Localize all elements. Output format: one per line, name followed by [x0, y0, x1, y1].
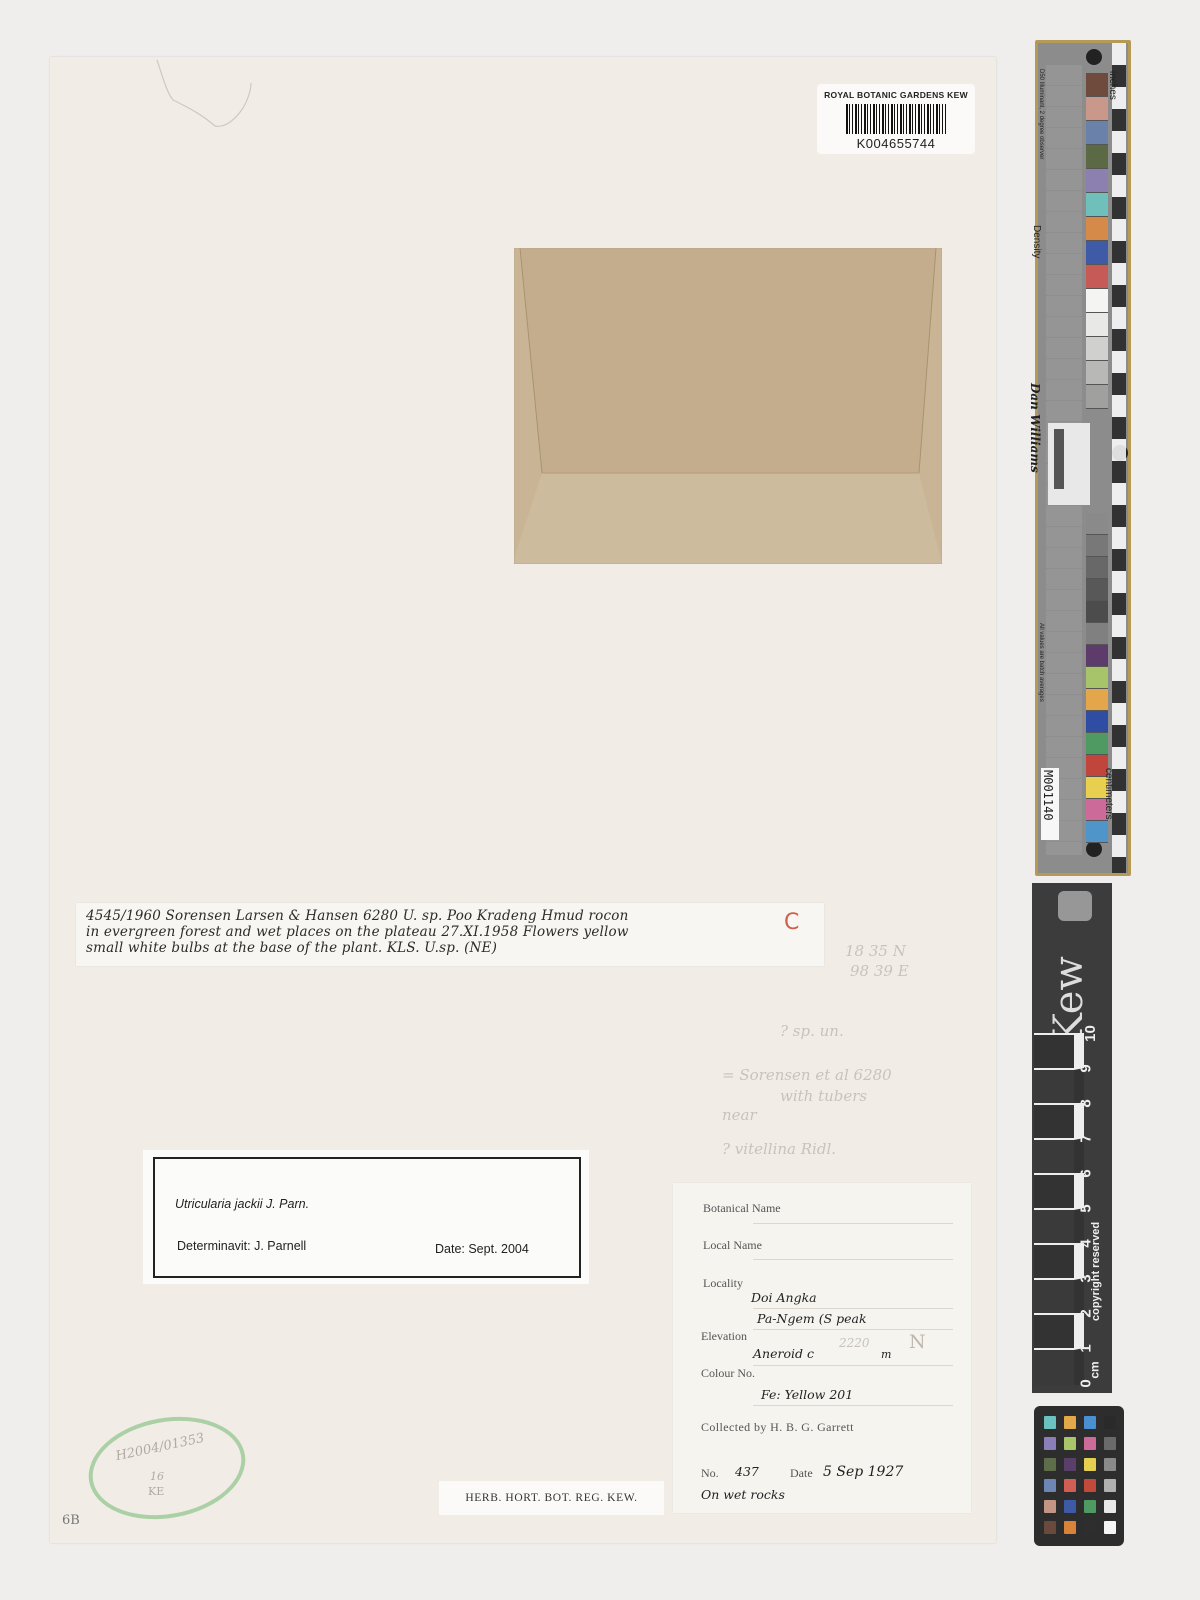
checker-patch — [1084, 1500, 1096, 1513]
herbarium-stamp-label: HERB. HORT. BOT. REG. KEW. — [439, 1481, 664, 1515]
kew-tick-label: 9 — [1078, 1064, 1095, 1072]
color-checker-card — [1034, 1406, 1124, 1546]
pencil-note-tubers: with tubers — [780, 1087, 867, 1105]
date-value: 5 Sep 1927 — [823, 1464, 903, 1480]
checker-patch — [1064, 1521, 1076, 1534]
kew-cm-block — [1034, 1278, 1084, 1315]
barcode-number: K004655744 — [817, 136, 975, 151]
checker-patch — [1104, 1437, 1116, 1450]
kew-cm-block — [1034, 1068, 1084, 1105]
checker-patch — [1044, 1521, 1056, 1534]
handwritten-line-3: small white bulbs at the base of the pla… — [86, 940, 497, 956]
color-swatch — [1086, 265, 1108, 289]
checker-patch — [1064, 1437, 1076, 1450]
handwritten-line-2: in evergreen forest and wet places on th… — [86, 924, 629, 940]
locality-value-1: Doi Angka — [751, 1290, 817, 1305]
color-swatch — [1086, 385, 1108, 409]
specimen-envelope[interactable] — [514, 248, 942, 564]
color-swatch — [1086, 821, 1108, 843]
kew-cm-block — [1034, 1103, 1084, 1140]
kew-cm-block — [1034, 1243, 1084, 1280]
elevation-pencil-value: 2220 — [839, 1336, 870, 1350]
color-swatches-top — [1086, 73, 1108, 409]
taxon-name: Utricularia jackii J. Parn. — [175, 1197, 309, 1211]
color-swatch — [1086, 73, 1108, 97]
checker-patch — [1104, 1416, 1116, 1429]
ruler-hole-icon — [1086, 49, 1102, 65]
color-swatch — [1086, 313, 1108, 337]
ruler-id-label: M001140 — [1041, 768, 1059, 840]
pencil-note-sorensen: = Sorensen et al 6280 — [722, 1066, 892, 1084]
collector-handwritten-label: 4545/1960 Sorensen Larsen & Hansen 6280 … — [76, 903, 824, 966]
elevation-label: Elevation — [701, 1329, 747, 1344]
color-swatch — [1086, 579, 1108, 601]
ruler-inch-scale — [1112, 43, 1126, 873]
color-swatch — [1086, 121, 1108, 145]
color-swatch — [1086, 217, 1108, 241]
habitat-note: On wet rocks — [701, 1487, 785, 1502]
kew-cm-block — [1034, 1173, 1084, 1210]
paper-crease-mark — [155, 58, 255, 133]
checker-patch — [1064, 1416, 1076, 1429]
color-swatch — [1086, 711, 1108, 733]
color-swatch — [1086, 241, 1108, 265]
ruler-inches-label: inches — [1107, 71, 1118, 100]
colour-value: Fe: Yellow 201 — [761, 1387, 853, 1402]
elevation-unit: m — [881, 1348, 891, 1361]
kew-tick-label: 1 — [1078, 1344, 1095, 1352]
kew-tick-label: 5 — [1078, 1204, 1095, 1212]
checker-patch — [1064, 1479, 1076, 1492]
kew-cm-block — [1034, 1138, 1084, 1175]
ruler-brand: Dan Williams — [1028, 383, 1042, 473]
determination-date: Date: Sept. 2004 — [435, 1242, 529, 1256]
checker-patch — [1084, 1458, 1096, 1471]
kew-cm-block — [1034, 1348, 1084, 1385]
field-collection-label: Botanical Name Local Name Locality Doi A… — [673, 1183, 971, 1513]
checker-patch — [1104, 1458, 1116, 1471]
ruler-centimeters-label: centimeters — [1103, 768, 1114, 820]
checker-patch — [1084, 1437, 1096, 1450]
kew-tick-label: 6 — [1078, 1169, 1095, 1177]
gray-target-card — [1048, 423, 1090, 505]
checker-patch — [1044, 1500, 1056, 1513]
kew-scale-bar: Kew 109876543210 copyright reserved cm — [1032, 883, 1112, 1393]
number-label: No. — [701, 1466, 719, 1481]
elevation-value: Aneroid c — [753, 1346, 814, 1361]
checker-patch — [1064, 1500, 1076, 1513]
pencil-n-mark: N — [909, 1331, 926, 1353]
color-swatch — [1086, 337, 1108, 361]
barcode-label: ROYAL BOTANIC GARDENS KEW K004655744 — [817, 84, 975, 154]
ruler-density-label: Density — [1031, 225, 1042, 258]
color-swatch — [1086, 733, 1108, 755]
kew-cm-block — [1034, 1033, 1084, 1070]
ruler-batch-note: All values are batch averages — [1038, 623, 1044, 702]
stamp-sub2: KE — [148, 1485, 164, 1498]
color-swatch — [1086, 289, 1108, 313]
pencil-note-near: near — [722, 1106, 757, 1124]
number-value: 437 — [735, 1464, 759, 1479]
color-swatch — [1086, 169, 1108, 193]
botanical-name-label: Botanical Name — [703, 1201, 781, 1216]
locality-label: Locality — [703, 1276, 743, 1291]
color-swatch — [1086, 361, 1108, 385]
determination-slip: Utricularia jackii J. Parn. Determinavit… — [153, 1157, 581, 1278]
kew-unit: cm — [1088, 1361, 1102, 1378]
local-name-label: Local Name — [703, 1238, 762, 1253]
pencil-latitude: 18 35 N — [845, 942, 906, 960]
checker-patch — [1044, 1416, 1056, 1429]
locality-value-2: Pa-Ngem (S peak — [757, 1311, 867, 1326]
checker-patch — [1104, 1479, 1116, 1492]
kew-tick-label: 8 — [1078, 1099, 1095, 1107]
color-swatch — [1086, 513, 1108, 535]
red-pencil-mark: C — [784, 910, 799, 935]
color-swatch — [1086, 623, 1108, 645]
institution-name: ROYAL BOTANIC GARDENS KEW — [817, 90, 975, 100]
kew-crest-icon — [1058, 891, 1092, 921]
kew-cm-blocks — [1034, 1033, 1074, 1388]
checker-patch — [1044, 1479, 1056, 1492]
corner-mark: 6B — [62, 1513, 80, 1528]
kew-tick-label: 7 — [1078, 1134, 1095, 1142]
determiner: Determinavit: J. Parnell — [177, 1239, 306, 1253]
checker-patch — [1084, 1416, 1096, 1429]
checker-patch — [1084, 1479, 1096, 1492]
checker-patch — [1104, 1521, 1116, 1534]
color-reference-ruler: inches centimeters Density Dan Williams … — [1035, 40, 1131, 876]
pencil-note-vitellina: ? vitellina Ridl. — [722, 1140, 836, 1158]
color-swatch — [1086, 193, 1108, 217]
color-swatch — [1086, 601, 1108, 623]
kew-cm-ticks: 109876543210 — [1078, 1033, 1108, 1388]
ruler-illuminant-note: D50 Illuminant, 2 degree observer — [1038, 69, 1044, 159]
stamp-sub1: 16 — [150, 1470, 164, 1483]
handwritten-line-1: 4545/1960 Sorensen Larsen & Hansen 6280 … — [86, 908, 628, 924]
pencil-longitude: 98 39 E — [850, 962, 909, 980]
kew-copyright: copyright reserved — [1090, 1222, 1102, 1321]
collected-by: Collected by H. B. G. Garrett — [701, 1420, 854, 1435]
pencil-note-species: ? sp. un. — [780, 1022, 844, 1040]
kew-tick-label: 0 — [1078, 1379, 1095, 1387]
color-swatch — [1086, 557, 1108, 579]
date-label: Date — [790, 1466, 813, 1481]
color-swatch — [1086, 645, 1108, 667]
kew-cm-block — [1034, 1208, 1084, 1245]
color-swatch — [1086, 145, 1108, 169]
checker-patch — [1084, 1521, 1096, 1534]
color-swatch — [1086, 97, 1108, 121]
barcode-icon — [846, 104, 946, 134]
checker-patch — [1044, 1437, 1056, 1450]
color-swatch — [1086, 667, 1108, 689]
checker-patch — [1104, 1500, 1116, 1513]
kew-tick-label: 10 — [1082, 1025, 1099, 1042]
color-swatch — [1086, 535, 1108, 557]
color-swatch — [1086, 689, 1108, 711]
checker-patch — [1044, 1458, 1056, 1471]
colour-label: Colour No. — [701, 1366, 755, 1381]
ruler-hole-icon — [1086, 841, 1102, 857]
checker-patch — [1064, 1458, 1076, 1471]
kew-cm-block — [1034, 1313, 1084, 1350]
